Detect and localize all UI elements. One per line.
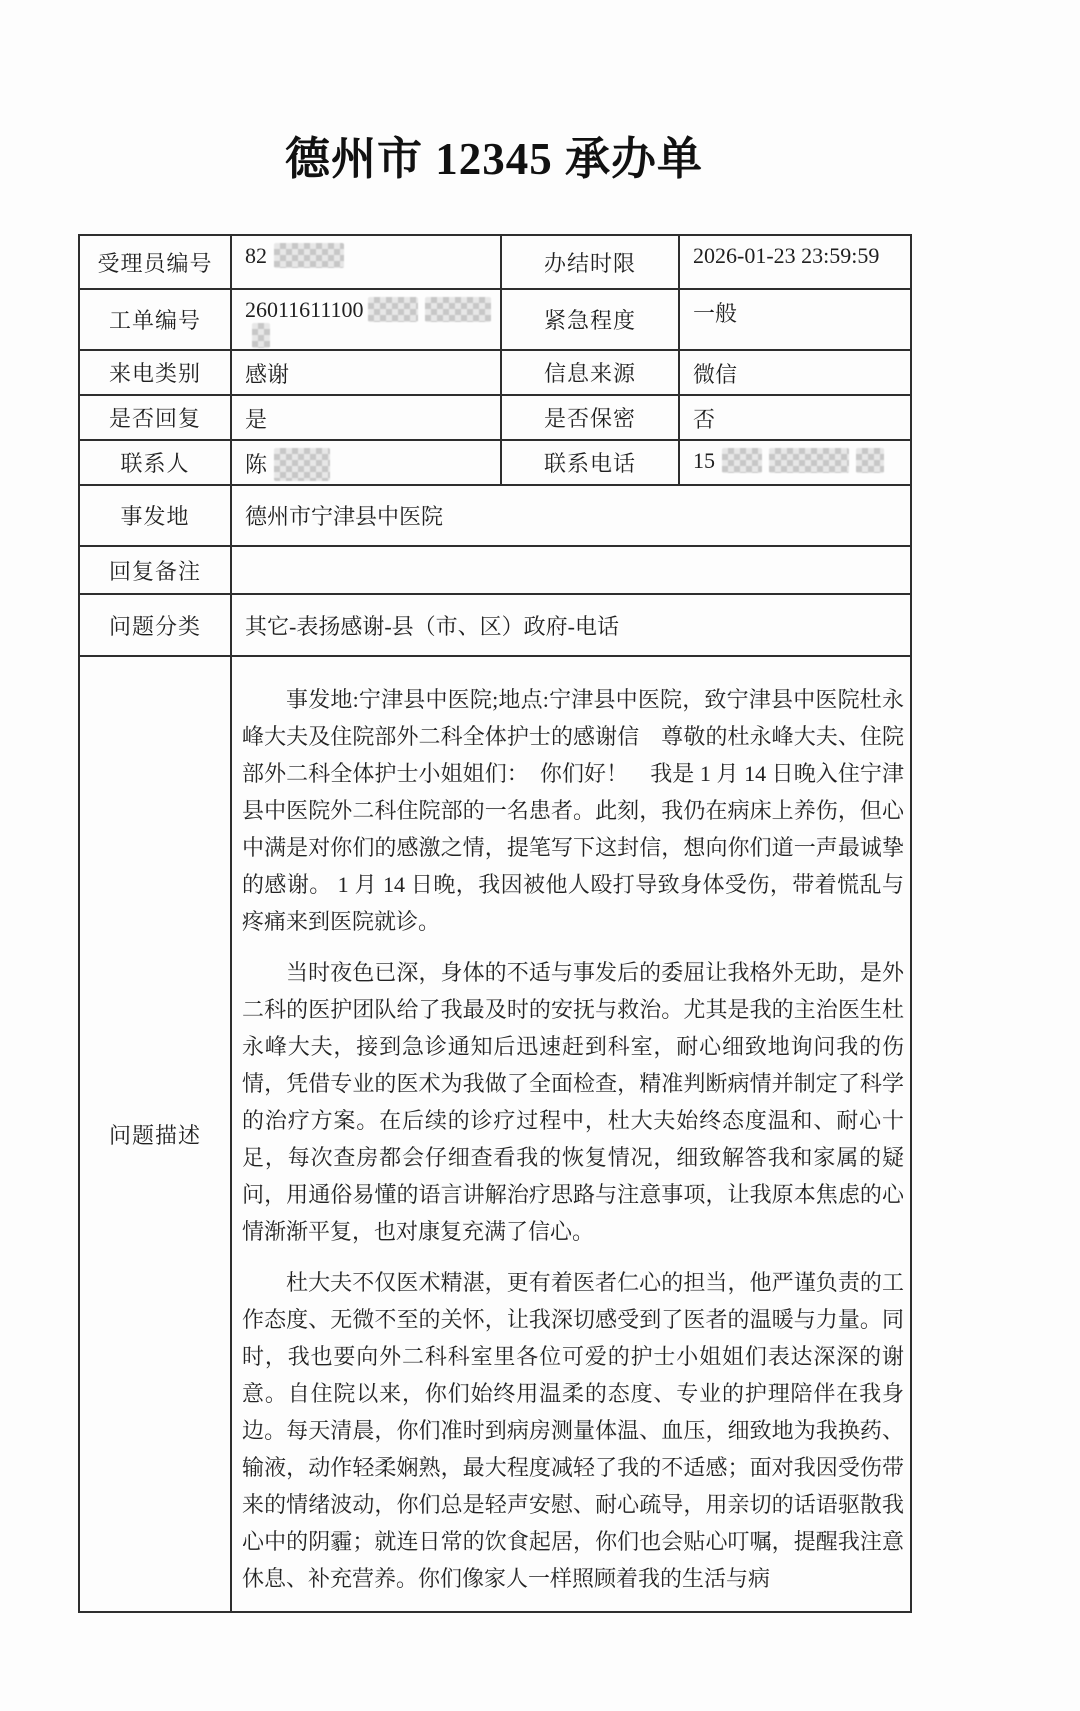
confidential-value: 否 bbox=[679, 395, 911, 440]
info-source-label: 信息来源 bbox=[501, 350, 679, 395]
order-number-visible-text: 26011611100 bbox=[245, 297, 364, 322]
scanned-form-sheet: 德州市 12345 承办单 受理员编号 82 办结时限 2026-01-23 2… bbox=[78, 0, 910, 1613]
incident-place-label: 事发地 bbox=[79, 485, 231, 546]
description-paragraph-2: 当时夜色已深，身体的不适与事发后的委屈让我格外无助，是外二科的医护团队给了我最及… bbox=[242, 954, 904, 1250]
call-type-label: 来电类别 bbox=[79, 350, 231, 395]
table-row: 联系人 陈 联系电话 15 bbox=[79, 440, 911, 485]
issue-category-value: 其它-表扬感谢-县（市、区）政府-电话 bbox=[231, 594, 911, 656]
table-row: 问题描述 事发地:宁津县中医院;地点:宁津县中医院，致宁津县中医院杜永峰大夫及住… bbox=[79, 656, 911, 1612]
redaction-mosaic bbox=[252, 323, 270, 348]
table-row: 是否回复 是 是否保密 否 bbox=[79, 395, 911, 440]
urgency-label: 紧急程度 bbox=[501, 289, 679, 350]
table-row: 问题分类 其它-表扬感谢-县（市、区）政府-电话 bbox=[79, 594, 911, 656]
contact-phone-value: 15 bbox=[679, 440, 911, 485]
table-row: 工单编号 26011611100 紧急程度 一般 bbox=[79, 289, 911, 350]
contact-name-visible-text: 陈 bbox=[245, 452, 267, 477]
contact-phone-label: 联系电话 bbox=[501, 440, 679, 485]
acceptor-id-visible-text: 82 bbox=[245, 243, 267, 268]
redaction-mosaic bbox=[769, 448, 849, 473]
reply-remark-value bbox=[231, 546, 911, 594]
redaction-mosaic bbox=[722, 448, 762, 473]
redaction-mosaic bbox=[274, 448, 330, 481]
info-source-value: 微信 bbox=[679, 350, 911, 395]
incident-place-value: 德州市宁津县中医院 bbox=[231, 485, 911, 546]
deadline-value: 2026-01-23 23:59:59 bbox=[679, 235, 911, 289]
contact-phone-visible-text: 15 bbox=[693, 448, 715, 473]
acceptor-id-value: 82 bbox=[231, 235, 501, 289]
description-paragraph-1: 事发地:宁津县中医院;地点:宁津县中医院，致宁津县中医院杜永峰大夫及住院部外二科… bbox=[242, 681, 904, 940]
order-number-value: 26011611100 bbox=[231, 289, 501, 350]
table-row: 事发地 德州市宁津县中医院 bbox=[79, 485, 911, 546]
reply-remark-label: 回复备注 bbox=[79, 546, 231, 594]
redaction-mosaic bbox=[856, 448, 884, 473]
order-number-label: 工单编号 bbox=[79, 289, 231, 350]
reply-required-label: 是否回复 bbox=[79, 395, 231, 440]
page-title: 德州市 12345 承办单 bbox=[78, 0, 910, 190]
call-type-value: 感谢 bbox=[231, 350, 501, 395]
table-row: 受理员编号 82 办结时限 2026-01-23 23:59:59 bbox=[79, 235, 911, 289]
contact-name-value: 陈 bbox=[231, 440, 501, 485]
issue-category-label: 问题分类 bbox=[79, 594, 231, 656]
table-row: 来电类别 感谢 信息来源 微信 bbox=[79, 350, 911, 395]
reply-required-value: 是 bbox=[231, 395, 501, 440]
confidential-label: 是否保密 bbox=[501, 395, 679, 440]
issue-description-label: 问题描述 bbox=[79, 656, 231, 1612]
acceptor-id-label: 受理员编号 bbox=[79, 235, 231, 289]
description-paragraph-3: 杜大夫不仅医术精湛，更有着医者仁心的担当，他严谨负责的工作态度、无微不至的关怀，… bbox=[242, 1264, 904, 1597]
table-row: 回复备注 bbox=[79, 546, 911, 594]
urgency-value: 一般 bbox=[679, 289, 911, 350]
redaction-mosaic bbox=[425, 297, 491, 322]
issue-description-value: 事发地:宁津县中医院;地点:宁津县中医院，致宁津县中医院杜永峰大夫及住院部外二科… bbox=[231, 656, 911, 1612]
redaction-mosaic bbox=[368, 297, 418, 322]
redaction-mosaic bbox=[274, 243, 344, 268]
deadline-label: 办结时限 bbox=[501, 235, 679, 289]
contact-name-label: 联系人 bbox=[79, 440, 231, 485]
work-order-table: 受理员编号 82 办结时限 2026-01-23 23:59:59 工单编号 2… bbox=[78, 234, 912, 1613]
